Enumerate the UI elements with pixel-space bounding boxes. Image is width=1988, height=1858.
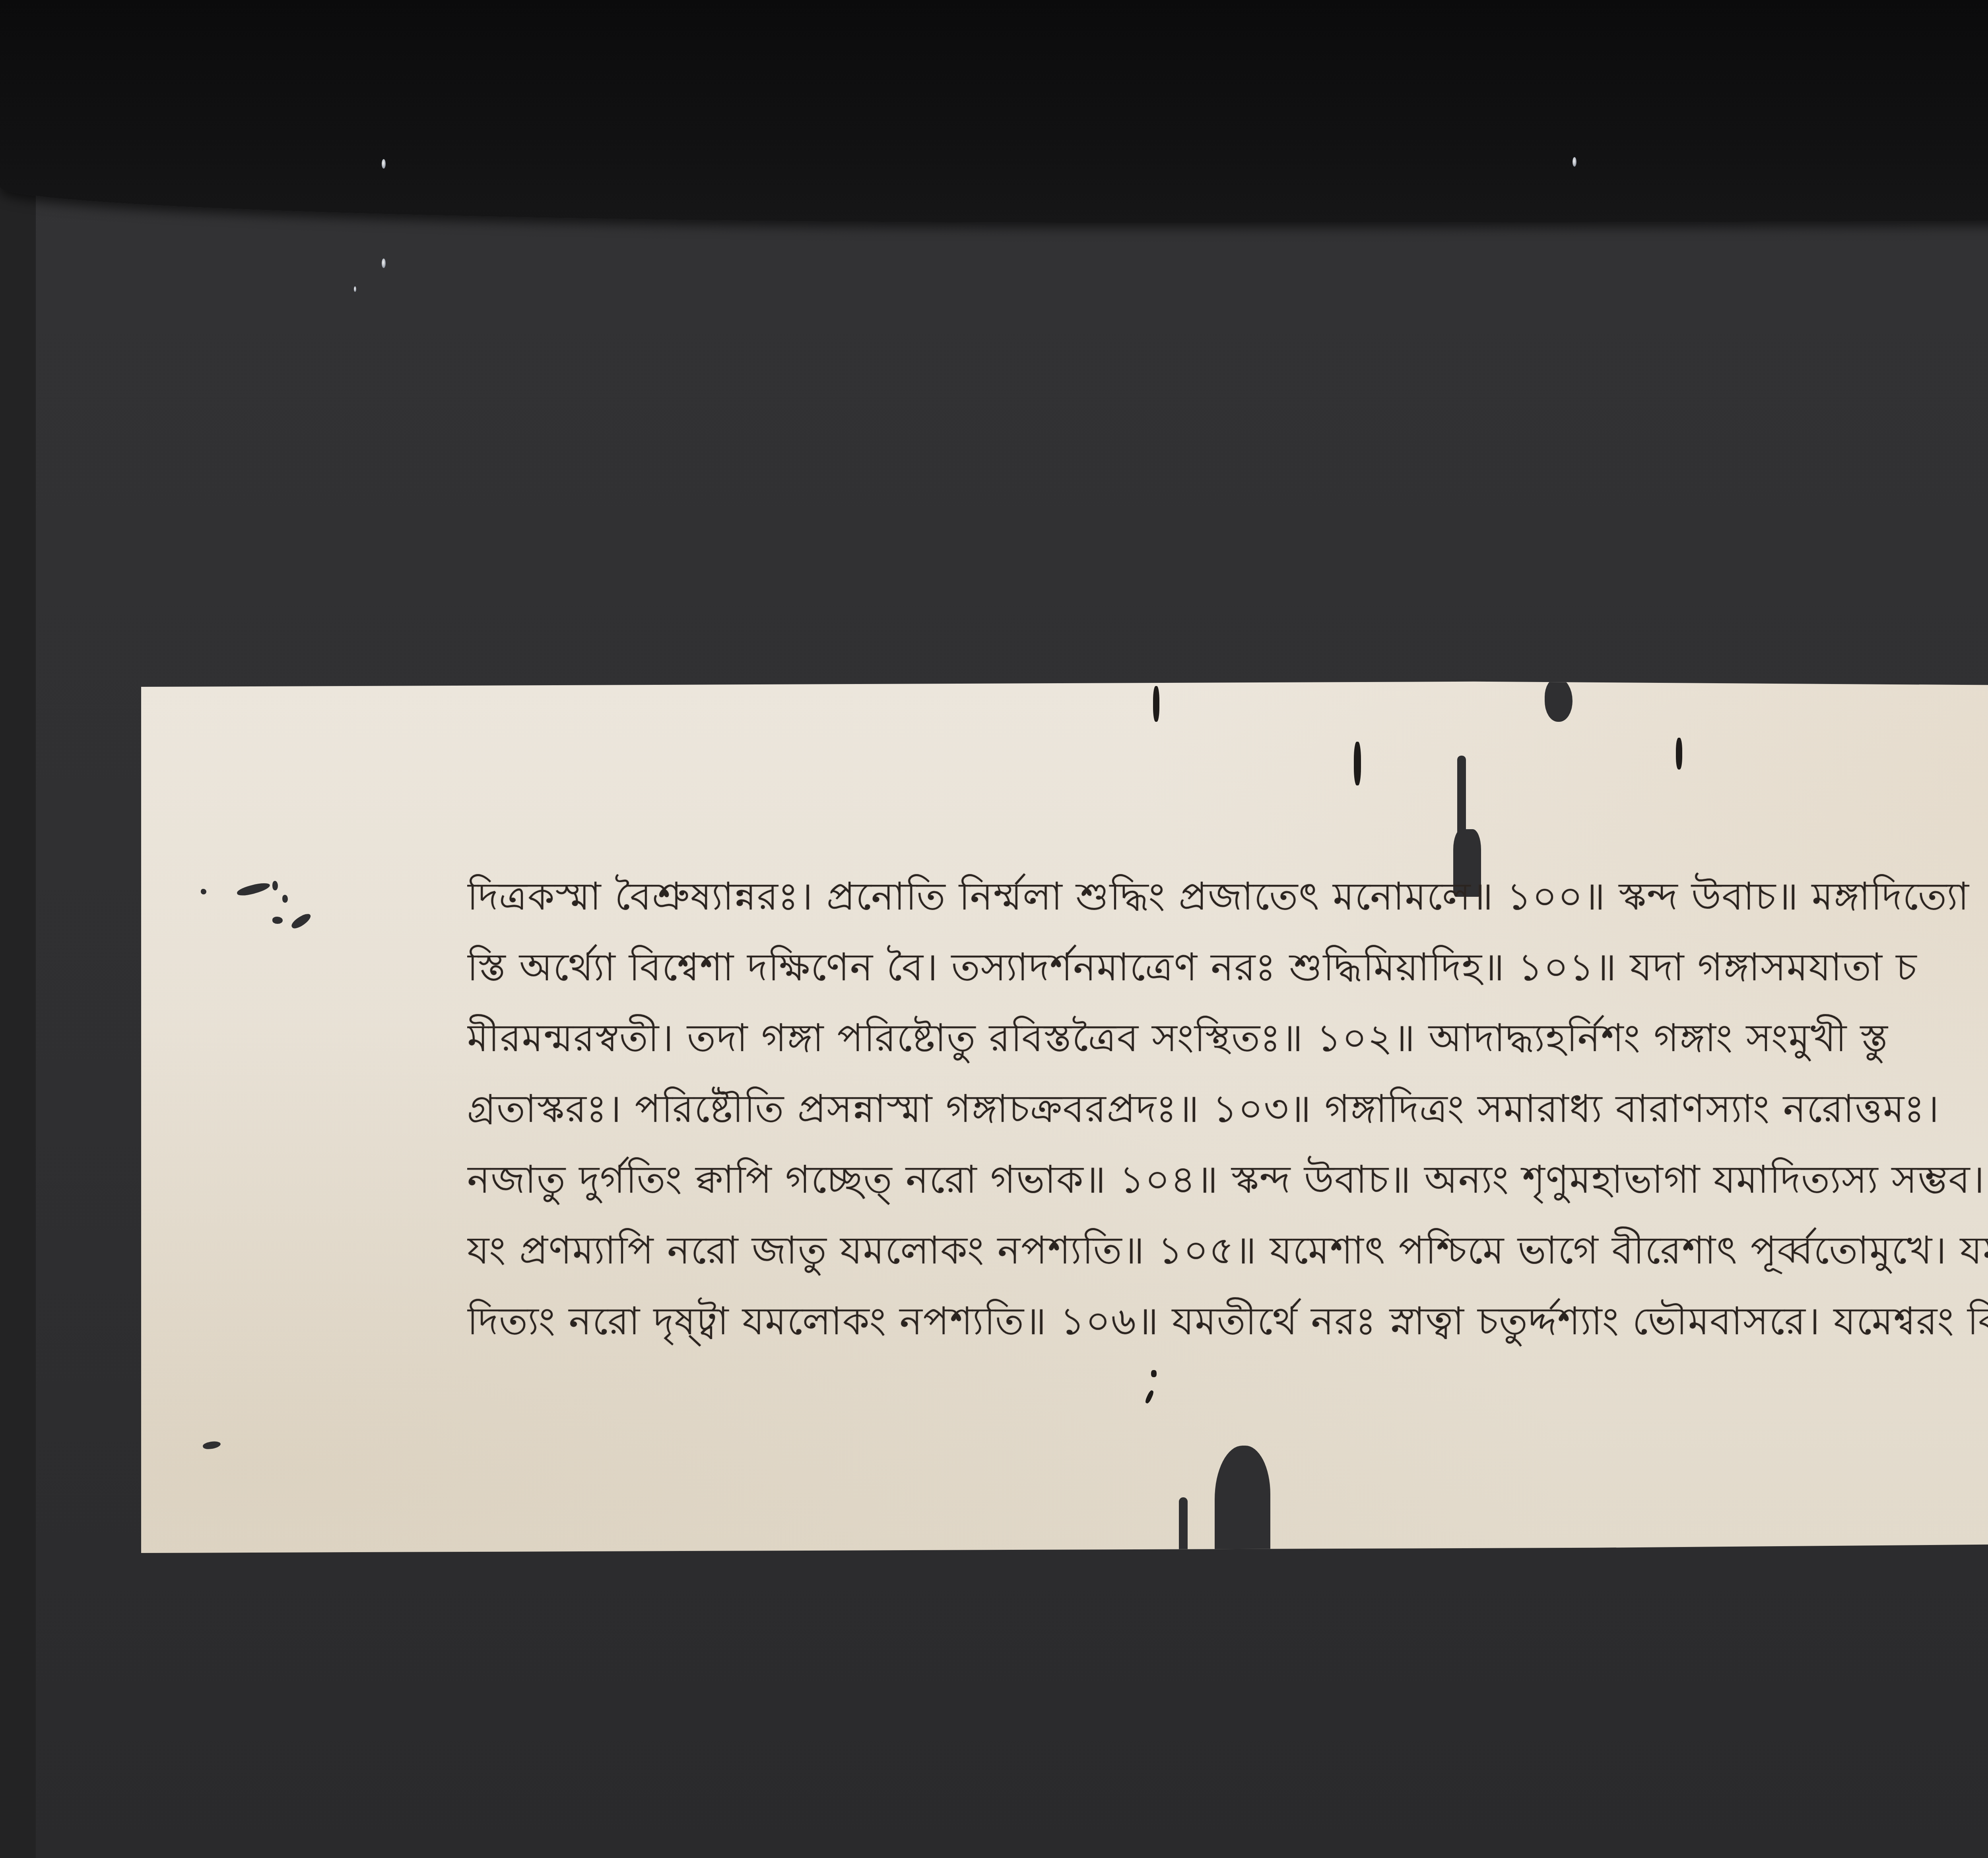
manuscript-folio: দিত্রকস্মা বৈশ্রুষ্যান্নরঃ। প্রনোতি নির্…: [141, 678, 1988, 1553]
worm-hole: [1179, 1497, 1188, 1553]
board-left-edge: [0, 0, 36, 1858]
black-cover-flap: [0, 0, 1988, 223]
worm-hole: [290, 911, 313, 931]
worm-hole: [282, 895, 288, 903]
mounting-pin: [354, 286, 356, 292]
ink-dot: [1144, 1390, 1155, 1404]
text-line-7: দিত্যং নরো দৃষ্ট্বা যমলোকং নপশ্যতি॥ ১০৬॥…: [467, 1286, 1988, 1357]
worm-hole: [272, 917, 283, 924]
ink-dot: [1151, 1370, 1157, 1377]
text-line-1: দিত্রকস্মা বৈশ্রুষ্যান্নরঃ। প্রনোতি নির্…: [467, 861, 1988, 932]
worm-hole: [236, 880, 271, 898]
worm-hole: [201, 889, 206, 894]
text-line-5: নজাতু দুর্গতিং ক্বাপি গচ্ছেত্ নরো গভাক॥ …: [467, 1144, 1988, 1215]
worm-hole: [1215, 1446, 1270, 1553]
ink-stroke-mark: [1676, 738, 1682, 770]
text-line-2: স্তি অর্থ্যো বিশ্বেশা দক্ষিণেন বৈ। তস্যা…: [467, 932, 1988, 1003]
worm-hole: [1545, 678, 1573, 722]
worm-hole: [202, 1440, 221, 1450]
mounting-pin: [382, 258, 386, 268]
text-line-3: মীরমন্মরস্বতী। তদা গঙ্গা পরিষ্টোতু রবিস্…: [467, 1003, 1988, 1073]
worm-hole: [272, 881, 278, 890]
mounting-pin: [1573, 157, 1576, 167]
ink-stroke-mark: [1354, 742, 1361, 785]
ink-stroke-mark: [1153, 686, 1159, 722]
mounting-pin: [382, 159, 386, 169]
text-line-4: গ্রতাস্করঃ। পরিষ্টৌতি প্রসন্নাস্মা গঙ্গা…: [467, 1073, 1988, 1144]
manuscript-text: দিত্রকস্মা বৈশ্রুষ্যান্নরঃ। প্রনোতি নির্…: [467, 861, 1988, 1357]
text-line-6: যং প্রণম্যাপি নরো জাতু যমলোকং নপশ্যতি॥ ১…: [467, 1215, 1988, 1286]
